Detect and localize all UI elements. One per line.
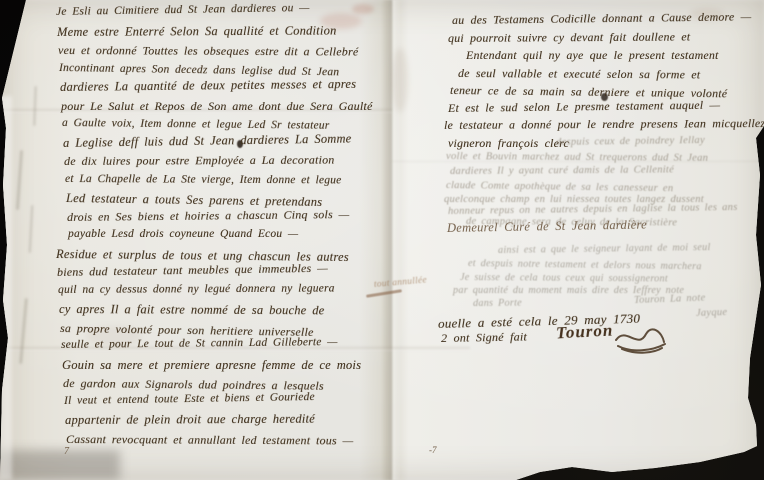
horizontal-crease (0, 108, 392, 114)
manuscript-line: de gardon aux Signarols dud poindres a l… (63, 376, 324, 394)
manuscript-line: Meme estre Enterré Selon Sa quallité et … (57, 23, 337, 39)
manuscript-line: Entendant quil ny aye que le present tes… (466, 48, 719, 63)
manuscript-line: teneur ce de sa main sa derniere et uniq… (450, 83, 727, 101)
manuscript-paper: Je Esli au Cimitiere dud St Jean dardier… (0, 0, 764, 480)
date-line: ouelle a esté cela le 29 may 1730 (438, 311, 641, 332)
manuscript-line: de seul vallable et executé selon sa for… (458, 66, 700, 82)
signature-paraph-icon (612, 322, 670, 354)
manuscript-line: a Leglise deff luis dud St Jean dardiere… (63, 131, 352, 151)
manuscript-line: Il veut et entend toute Este et biens et… (64, 391, 315, 407)
manuscript-line: par quantité du moment mais dire des Ief… (453, 285, 684, 296)
manuscript-line: Cassant revocquant et annullant led test… (66, 432, 353, 449)
manuscript-line: appartenir de plein droit aue charge her… (65, 412, 315, 428)
paper-edge-highlight (0, 96, 12, 480)
manuscript-line: veu et ordonné Touttes les obseques estr… (58, 43, 358, 60)
bleed-through-marks (19, 298, 28, 364)
manuscript-line: ainsi est a que le seigneur layant de mo… (498, 242, 711, 256)
ink-blot (601, 93, 608, 101)
ink-stain (352, 4, 374, 14)
manuscript-line: de dix luires pour estre Employée a La d… (64, 153, 335, 169)
manuscript-line: de campagne sera de celuy de la Sacristi… (466, 216, 677, 228)
manuscript-line: Je suisse de cela tous ceux qui soussign… (460, 272, 668, 284)
manuscript-line: drois en Ses biens et hoiries a chascun … (67, 207, 350, 225)
ink-stain (320, 13, 362, 29)
horizontal-crease (392, 160, 764, 165)
manuscript-line: Residue et surplus de tous et ung chascu… (56, 247, 349, 265)
foxing-spot (86, 326, 142, 346)
ink-blot (237, 140, 243, 148)
fold-stain (392, 48, 408, 112)
manuscript-line: qui pourroit suivre cy devant fait doull… (448, 29, 690, 45)
manuscript-line: vigneron françois clerc (448, 136, 569, 151)
bleed-through-marks (29, 205, 34, 253)
manuscript-line: Jayque (696, 307, 728, 319)
manuscript-line: dans Porte (473, 298, 522, 309)
corner-shadow (0, 450, 120, 480)
manuscript-line: et despuis notre testament et delors nou… (468, 258, 702, 272)
manuscript-line: a Gaulte voix, Item donne et legue Led S… (62, 117, 330, 132)
manuscript-line: claude Comte apothèque de sa les canesse… (446, 180, 674, 194)
foxing-spot (690, 8, 724, 20)
bleed-through-marks (33, 86, 36, 126)
manuscript-line: cy apres Il a fait estre nommé de sa bou… (59, 302, 325, 318)
attestation-line: 2 ont Signé fait (441, 330, 527, 346)
manuscript-line: le testateur a donné pour le rendre pres… (444, 116, 764, 133)
manuscript-photo: Je Esli au Cimitiere dud St Jean dardier… (0, 0, 764, 480)
manuscript-line: Gouin sa mere et premiere apresne femme … (62, 358, 361, 373)
horizontal-crease (0, 346, 470, 352)
manuscript-line: despuis ceux de poindrey Iellay (556, 135, 705, 148)
right-page-mark: -7 (429, 445, 437, 455)
manuscript-line: quelconque champ en lui niessea toutes l… (444, 194, 704, 205)
manuscript-line: dardieres La quantité de deux petites me… (60, 77, 356, 95)
manuscript-line: Et est le sud selon Le presme testament … (448, 97, 720, 115)
manuscript-line: Touron La note (634, 293, 706, 306)
cure-signature-line: Demeurel Curé de St Jean dardière (447, 218, 647, 236)
manuscript-line: payable Lesd drois coyneune Quand Ecou — (68, 228, 298, 240)
manuscript-line: Led testateur a touts Ses parens et pret… (66, 191, 322, 210)
manuscript-line: dardieres Il y ayant curé damis de la Ce… (450, 164, 674, 177)
manuscript-line: Incontinant apres Son decedz dans leglis… (59, 62, 339, 78)
manuscript-line: honneur repus on ne autres depuis en lag… (448, 202, 738, 217)
signature-touron: Touron (556, 321, 614, 344)
manuscript-line: Je Esli au Cimitiere dud St Jean dardier… (56, 2, 310, 18)
manuscript-line: et La Chapelle de La Ste vierge, Item do… (65, 173, 341, 186)
manuscript-line: biens dud testateur tant meubles que imm… (57, 261, 328, 280)
manuscript-line: quil na cy dessus donné ny legué donnera… (58, 282, 335, 295)
bleed-through-marks (16, 150, 23, 210)
